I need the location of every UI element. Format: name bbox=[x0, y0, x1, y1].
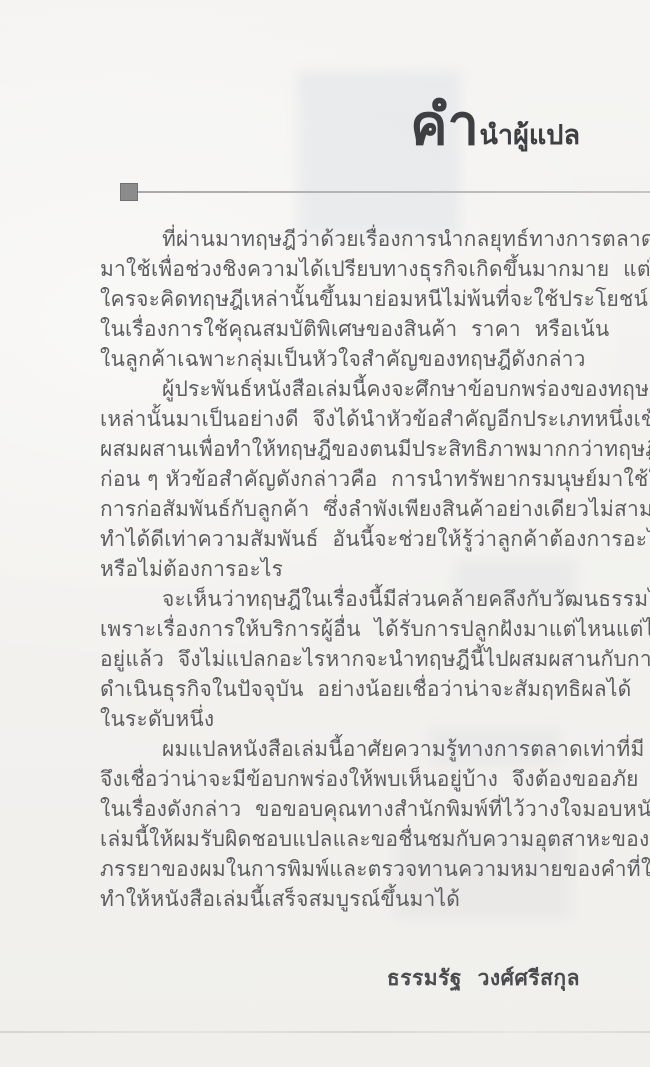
text-line: ดำเนินธุรกิจในปัจจุบัน อย่างน้อยเชื่อว่า… bbox=[100, 674, 570, 704]
text-line: ก่อน ๆ หัวข้อสำคัญดังกล่าวคือ การนำทรัพย… bbox=[100, 464, 570, 494]
divider-square-bullet bbox=[120, 183, 138, 201]
scanned-book-page: คำ นำผู้แปล ที่ผ่านมาทฤษฎีว่าด้วยเรื่องก… bbox=[0, 0, 650, 1067]
text-line: ในเรื่องการใช้คุณสมบัติพิเศษของสินค้า รา… bbox=[100, 314, 570, 344]
chapter-title: คำ นำผู้แปล bbox=[410, 98, 580, 154]
text-line: ในระดับหนึ่ง bbox=[100, 704, 570, 734]
text-line: มาใช้เพื่อช่วงชิงความได้เปรียบทางธุรกิจเ… bbox=[100, 254, 570, 284]
title-divider bbox=[120, 183, 650, 201]
text-line: จะเห็นว่าทฤษฎีในเรื่องนี้มีส่วนคล้ายคลึง… bbox=[100, 584, 570, 614]
text-line: ในเรื่องดังกล่าว ขอขอบคุณทางสำนักพิมพ์ที… bbox=[100, 794, 570, 824]
text-line: จึงเชื่อว่าน่าจะมีข้อบกพร่องให้พบเห็นอยู… bbox=[100, 764, 570, 794]
paragraph: ที่ผ่านมาทฤษฎีว่าด้วยเรื่องการนำกลยุทธ์ท… bbox=[100, 224, 570, 374]
text-line: หรือไม่ต้องการอะไร bbox=[100, 554, 570, 584]
text-line: อยู่แล้ว จึงไม่แปลกอะไรหากจะนำทฤษฎีนี้ไป… bbox=[100, 644, 570, 674]
text-line: ผสมผสานเพื่อทำให้ทฤษฎีของตนมีประสิทธิภาพ… bbox=[100, 434, 570, 464]
text-line: เหล่านั้นมาเป็นอย่างดี จึงได้นำหัวข้อสำค… bbox=[100, 404, 570, 434]
paragraph: จะเห็นว่าทฤษฎีในเรื่องนี้มีส่วนคล้ายคลึง… bbox=[100, 584, 570, 734]
chapter-title-large-word: คำ bbox=[410, 98, 479, 154]
text-line: ผมแปลหนังสือเล่มนี้อาศัยความรู้ทางการตลา… bbox=[100, 734, 570, 764]
text-line: ทำให้หนังสือเล่มนี้เสร็จสมบูรณ์ขึ้นมาได้ bbox=[100, 884, 570, 914]
text-line: เพราะเรื่องการให้บริการผู้อื่น ได้รับการ… bbox=[100, 614, 570, 644]
text-line: ที่ผ่านมาทฤษฎีว่าด้วยเรื่องการนำกลยุทธ์ท… bbox=[100, 224, 570, 254]
text-line: เล่มนี้ให้ผมรับผิดชอบแปลและขอชื่นชมกับคว… bbox=[100, 824, 570, 854]
page-crease-line bbox=[0, 1031, 650, 1033]
text-line: ผู้ประพันธ์หนังสือเล่มนี้คงจะศึกษาข้อบกพ… bbox=[100, 374, 570, 404]
text-line: ทำได้ดีเท่าความสัมพันธ์ อันนี้จะช่วยให้ร… bbox=[100, 524, 570, 554]
divider-line bbox=[138, 191, 650, 193]
text-line: ใครจะคิดทฤษฎีเหล่านั้นขึ้นมาย่อมหนีไม่พ้… bbox=[100, 284, 570, 314]
paragraph: ผมแปลหนังสือเล่มนี้อาศัยความรู้ทางการตลา… bbox=[100, 734, 570, 914]
text-line: ภรรยาของผมในการพิมพ์และตรวจทานความหมายขอ… bbox=[100, 854, 570, 884]
preface-body-text: ที่ผ่านมาทฤษฎีว่าด้วยเรื่องการนำกลยุทธ์ท… bbox=[100, 224, 570, 914]
text-line: การก่อสัมพันธ์กับลูกค้า ซึ่งลำพังเพียงสิ… bbox=[100, 494, 570, 524]
translator-signature: ธรรมรัฐ วงศ์ศรีสกุล bbox=[100, 962, 580, 995]
chapter-title-small-word: นำผู้แปล bbox=[479, 122, 580, 149]
paragraph: ผู้ประพันธ์หนังสือเล่มนี้คงจะศึกษาข้อบกพ… bbox=[100, 374, 570, 584]
text-line: ในลูกค้าเฉพาะกลุ่มเป็นหัวใจสำคัญของทฤษฎี… bbox=[100, 344, 570, 374]
